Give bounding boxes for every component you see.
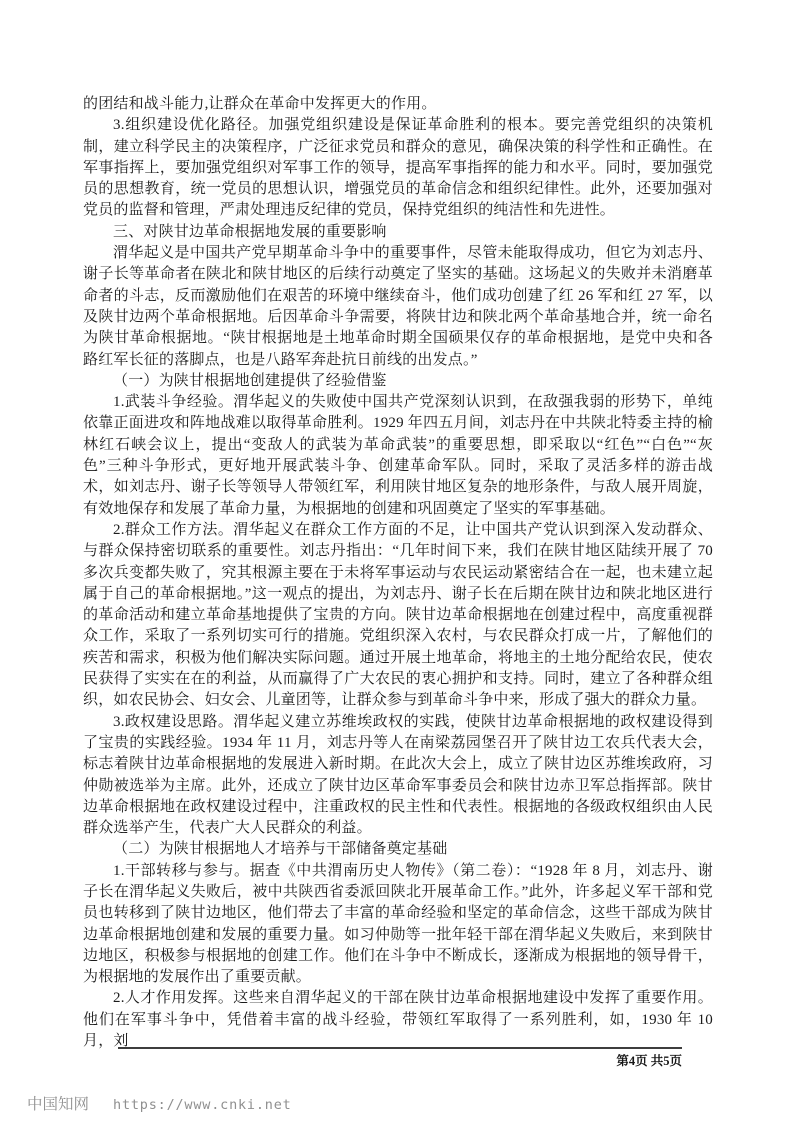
subsection-heading: （二）为陕甘根据地人才培养与干部储备奠定基础 — [83, 839, 713, 860]
page-number: 第4页 共5页 — [118, 1051, 682, 1069]
subsection-heading: （一）为陕甘根据地创建提供了经验借鉴 — [83, 371, 713, 392]
cnki-watermark: 中国知网 https://www.cnki.net — [27, 1092, 292, 1114]
paragraph: 1.武装斗争经验。渭华起义的失败使中国共产党深刻认识到，在敌强我弱的形势下，单纯… — [83, 392, 713, 520]
paragraph-continuation: 的团结和战斗能力,让群众在革命中发挥更大的作用。 — [83, 94, 713, 115]
paragraph: 2.人才作用发挥。这些来自渭华起义的干部在陕甘边革命根据地建设中发挥了重要作用。… — [83, 988, 713, 1052]
paragraph: 1.干部转移与参与。据查《中共渭南历史人物传》（第二卷）：“1928 年 8 月… — [83, 861, 713, 989]
paragraph: 2.群众工作方法。渭华起义在群众工作方面的不足，让中国共产党认识到深入发动群众、… — [83, 520, 713, 712]
section-heading: 三、对陕甘边革命根据地发展的重要影响 — [83, 222, 713, 243]
cnki-brand-text: 中国知网 — [27, 1092, 89, 1114]
cnki-url-text: https://www.cnki.net — [113, 1097, 292, 1113]
paragraph: 3.组织建设优化路径。加强党组织建设是保证革命胜利的根本。要完善党组织的决策机制… — [83, 115, 713, 221]
paragraph: 3.政权建设思路。渭华起义建立苏维埃政权的实践，使陕甘边革命根据地的政权建设得到… — [83, 712, 713, 840]
document-page: 的团结和战斗能力,让群众在革命中发挥更大的作用。 3.组织建设优化路径。加强党组… — [0, 0, 800, 1132]
document-body: 的团结和战斗能力,让群众在革命中发挥更大的作用。 3.组织建设优化路径。加强党组… — [83, 94, 713, 1052]
footer-divider — [118, 1047, 682, 1049]
paragraph: 渭华起义是中国共产党早期革命斗争中的重要事件，尽管未能取得成功，但它为刘志丹、谢… — [83, 243, 713, 371]
